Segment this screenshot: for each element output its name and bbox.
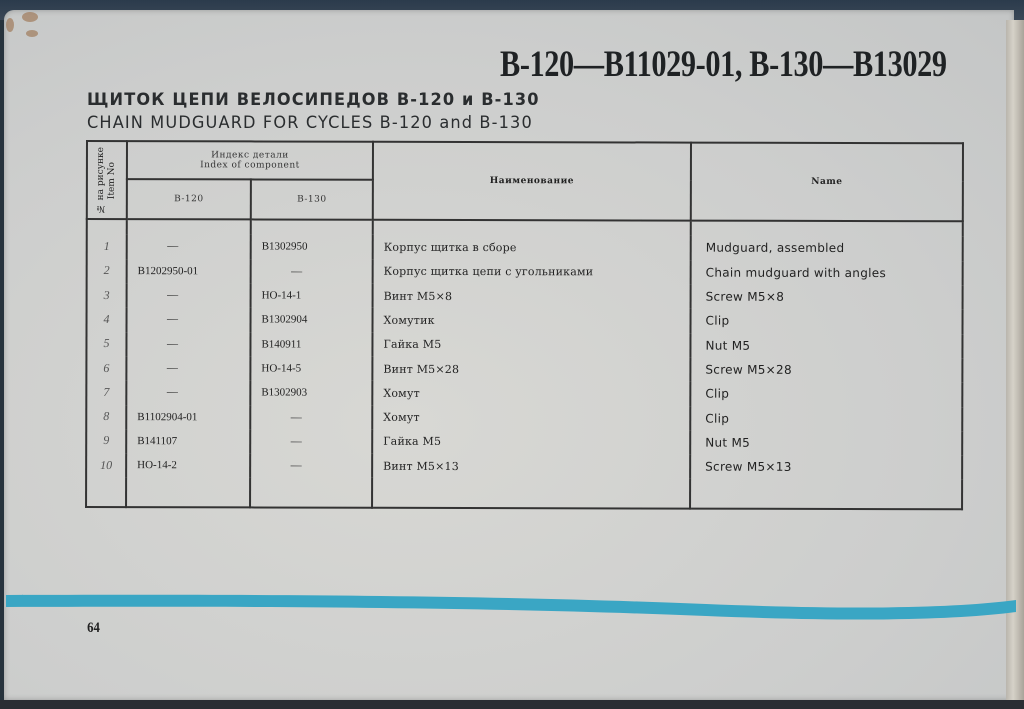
header-name-ru: Наименование	[373, 142, 691, 221]
decorative-blue-stripe	[6, 590, 1016, 620]
name-english: Clip	[690, 406, 962, 431]
stain-mark	[6, 18, 14, 32]
page-header-title: B-120—B11029-01, B-130—B13029	[500, 43, 885, 86]
index-b120: —	[127, 234, 251, 259]
index-b120: —	[126, 332, 250, 357]
item-number: 4	[86, 307, 126, 331]
subtitle-english: CHAIN MUDGUARD FOR CYCLES B-120 and B-13…	[87, 113, 533, 133]
name-english: Nut M5	[690, 430, 962, 455]
index-b120: —	[126, 356, 250, 381]
background-bottom	[0, 700, 1024, 709]
stain-mark	[22, 12, 38, 22]
item-number: 8	[86, 405, 126, 429]
table-row: 2 B1202950-01 — Корпус щитка цепи с угол…	[87, 259, 963, 286]
index-b130: —	[250, 454, 372, 479]
header-b120: B-120	[127, 179, 251, 219]
index-b120: B141107	[126, 429, 250, 454]
name-english: Chain mudguard with angles	[691, 260, 963, 285]
table-row: 8 B1102904-01 — Хомут Clip	[86, 405, 962, 432]
index-b130: —	[251, 259, 373, 284]
table-row: 10 HO-14-2 — Винт M5×13 Screw M5×13	[86, 453, 962, 480]
item-number: 1	[87, 234, 127, 258]
header-index-ru: Индекс детали	[128, 150, 372, 161]
name-russian: Хомут	[372, 405, 690, 430]
name-english: Mudguard, assembled	[691, 236, 963, 261]
index-b120: HO-14-2	[126, 453, 250, 478]
index-b130: HO-14-1	[251, 283, 373, 308]
name-russian: Хомутик	[372, 308, 690, 333]
header-index-en: Index of component	[128, 160, 372, 171]
index-b120: —	[127, 283, 251, 308]
index-b120: —	[126, 307, 250, 332]
index-b120: B1102904-01	[126, 405, 250, 430]
name-english: Clip	[690, 309, 962, 334]
item-number: 10	[86, 453, 126, 477]
header-b130: B-130	[251, 179, 373, 219]
name-english: Screw M5×13	[690, 455, 962, 480]
parts-table: № на рисунке Item No Индекс детали Index…	[85, 140, 964, 510]
index-b130: B140911	[250, 332, 372, 357]
name-english: Screw M5×28	[690, 357, 962, 382]
index-b130: —	[250, 405, 372, 430]
item-number: 6	[86, 356, 126, 380]
header-name-en: Name	[691, 143, 963, 222]
index-b130: B1302904	[250, 308, 372, 333]
index-b130: HO-14-5	[250, 356, 372, 381]
stain-mark	[26, 30, 38, 37]
index-b120: —	[126, 380, 250, 405]
index-b130: B1302950	[251, 235, 373, 260]
header-item-no-label: № на рисунке Item No	[96, 147, 118, 213]
item-number: 2	[87, 259, 127, 283]
name-russian: Гайка M5	[372, 332, 690, 357]
name-english: Clip	[690, 382, 962, 407]
name-russian: Винт M5×13	[372, 454, 690, 479]
item-number: 9	[86, 429, 126, 453]
subtitle-russian: ЩИТОК ЦЕПИ ВЕЛОСИПЕДОВ B-120 и B-130	[87, 90, 540, 110]
name-russian: Хомут	[372, 381, 690, 406]
index-b130: B1302903	[250, 381, 372, 406]
index-b120: B1202950-01	[127, 259, 251, 284]
table-row: 7 — B1302903 Хомут Clip	[86, 380, 962, 407]
index-b130: —	[250, 429, 372, 454]
table-row: 9 B141107 — Гайка M5 Nut M5	[86, 429, 962, 456]
name-russian: Винт M5×8	[373, 284, 691, 309]
name-english: Nut M5	[690, 333, 962, 358]
name-russian: Корпус щитка цепи с угольниками	[373, 259, 691, 284]
item-number: 7	[86, 380, 126, 404]
header-index-of-component: Индекс детали Index of component	[127, 141, 373, 180]
table-row: 5 — B140911 Гайка M5 Nut M5	[86, 332, 962, 359]
table-row: 3 — HO-14-1 Винт M5×8 Screw M5×8	[87, 283, 963, 310]
page-number: 64	[87, 620, 100, 637]
item-number: 5	[86, 332, 126, 356]
name-russian: Винт M5×28	[372, 357, 690, 382]
header-item-no: № на рисунке Item No	[87, 141, 127, 219]
name-russian: Гайка M5	[372, 430, 690, 455]
name-english: Screw M5×8	[691, 284, 963, 309]
table-row: 6 — HO-14-5 Винт M5×28 Screw M5×28	[86, 356, 962, 383]
item-number: 3	[87, 283, 127, 307]
table-row: 4 — B1302904 Хомутик Clip	[86, 307, 962, 334]
name-russian: Корпус щитка в сборе	[373, 235, 691, 260]
table-row: 1 — B1302950 Корпус щитка в сборе Mudgua…	[87, 234, 963, 261]
